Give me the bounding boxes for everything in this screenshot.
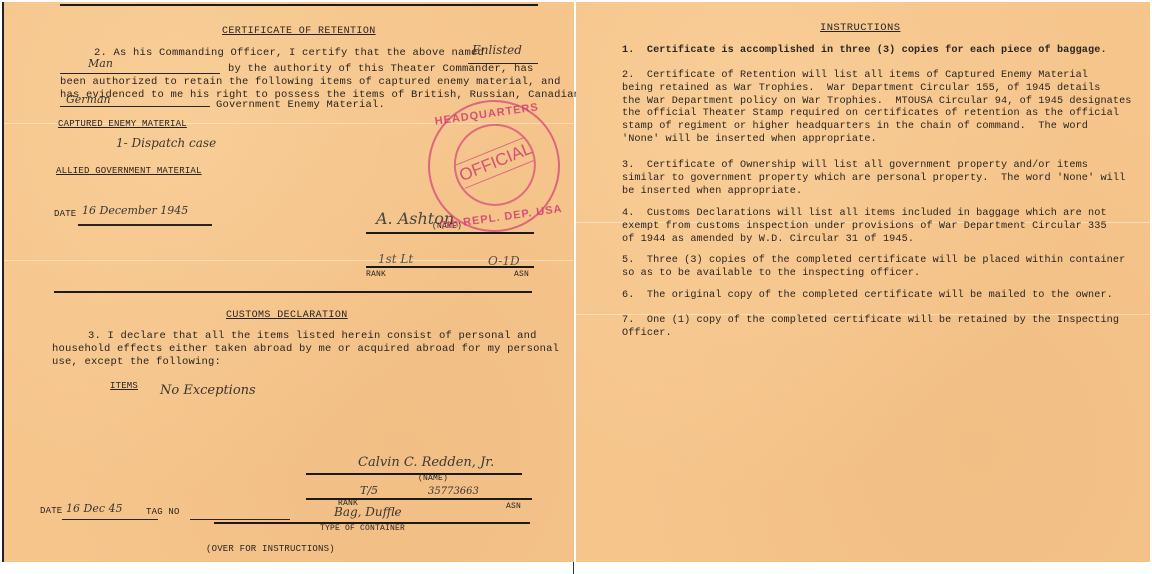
instruction-item-1: 1. Certificate is accomplished in three … — [622, 45, 1107, 58]
instructions-page: INSTRUCTIONS 1. Certificate is accomplis… — [576, 2, 1150, 562]
owner-signature: Calvin C. Redden, Jr. — [358, 455, 494, 470]
instruction-item-7: 7. One (1) copy of the completed certifi… — [622, 315, 1119, 341]
top-rule — [60, 4, 538, 6]
status-field-line-2 — [60, 73, 220, 74]
customs-para-line3: use, except the following: — [52, 356, 221, 369]
items-value: No Exceptions — [160, 383, 256, 398]
owner-name-line — [306, 473, 522, 475]
tag-no-label: TAG NO — [146, 507, 180, 517]
owner-rank-value: T/5 — [360, 484, 378, 497]
over-for-instructions: (OVER FOR INSTRUCTIONS) — [206, 544, 335, 554]
section-divider-rule — [54, 291, 532, 293]
status-field-value-2: Man — [88, 57, 113, 70]
retention-title: CERTIFICATE OF RETENTION — [222, 26, 376, 37]
retention-date-value: 16 December 1945 — [82, 204, 188, 217]
instruction-item-4: 4. Customs Declarations will list all it… — [622, 208, 1107, 246]
instruction-item-5: 5. Three (3) copies of the completed cer… — [622, 255, 1125, 281]
retention-para-intro: 2. As his Commanding Officer, I certify … — [94, 47, 484, 60]
tag-no-line — [190, 519, 290, 520]
officer-rank-label: RANK — [366, 270, 386, 279]
retention-para-line3: been authorized to retain the following … — [60, 76, 561, 89]
retention-date-line — [78, 224, 212, 226]
captured-material-item: 1- Dispatch case — [116, 136, 216, 150]
officer-asn-label: ASN — [514, 270, 529, 279]
captured-material-label: CAPTURED ENEMY MATERIAL — [58, 119, 187, 129]
instructions-title: INSTRUCTIONS — [820, 22, 900, 34]
certificate-page: CERTIFICATE OF RETENTION 2. As his Comma… — [2, 2, 574, 562]
owner-asn-value: 35773663 — [428, 486, 479, 497]
owner-asn-label: ASN — [506, 502, 521, 511]
officer-rank-line — [366, 266, 534, 268]
status-field-value: Enlisted — [472, 43, 522, 57]
instruction-item-3: 3. Certificate of Ownership will list al… — [622, 160, 1125, 198]
officer-rank-value: 1st Lt — [378, 252, 413, 266]
retention-para-line2: by the authority of this Theater Command… — [228, 63, 534, 76]
container-value: Bag, Duffle — [334, 505, 402, 519]
stamp-bottom-text: 7th REPL. DEP. USA — [437, 203, 565, 233]
allied-material-label: ALLIED GOVERNMENT MATERIAL — [56, 166, 202, 176]
government-field-line — [60, 106, 210, 107]
items-label: ITEMS — [110, 381, 138, 391]
retention-date-label: DATE — [54, 209, 76, 219]
customs-para-line2: household effects either taken abroad by… — [52, 343, 559, 356]
retention-para-line5: Government Enemy Material. — [216, 99, 385, 112]
instruction-item-2: 2. Certificate of Retention will list al… — [622, 70, 1132, 147]
officer-name-line — [366, 232, 534, 234]
customs-title: CUSTOMS DECLARATION — [226, 310, 348, 321]
owner-name-label: (NAME) — [418, 474, 448, 483]
container-label: TYPE OF CONTAINER — [320, 524, 405, 533]
customs-date-label: DATE — [40, 506, 62, 516]
instruction-item-6: 6. The original copy of the completed ce… — [622, 290, 1113, 303]
customs-para-line1: 3. I declare that all the items listed h… — [88, 330, 537, 343]
government-field-value: German — [66, 93, 111, 106]
customs-date-line — [62, 519, 158, 520]
customs-date-value: 16 Dec 45 — [66, 502, 122, 515]
